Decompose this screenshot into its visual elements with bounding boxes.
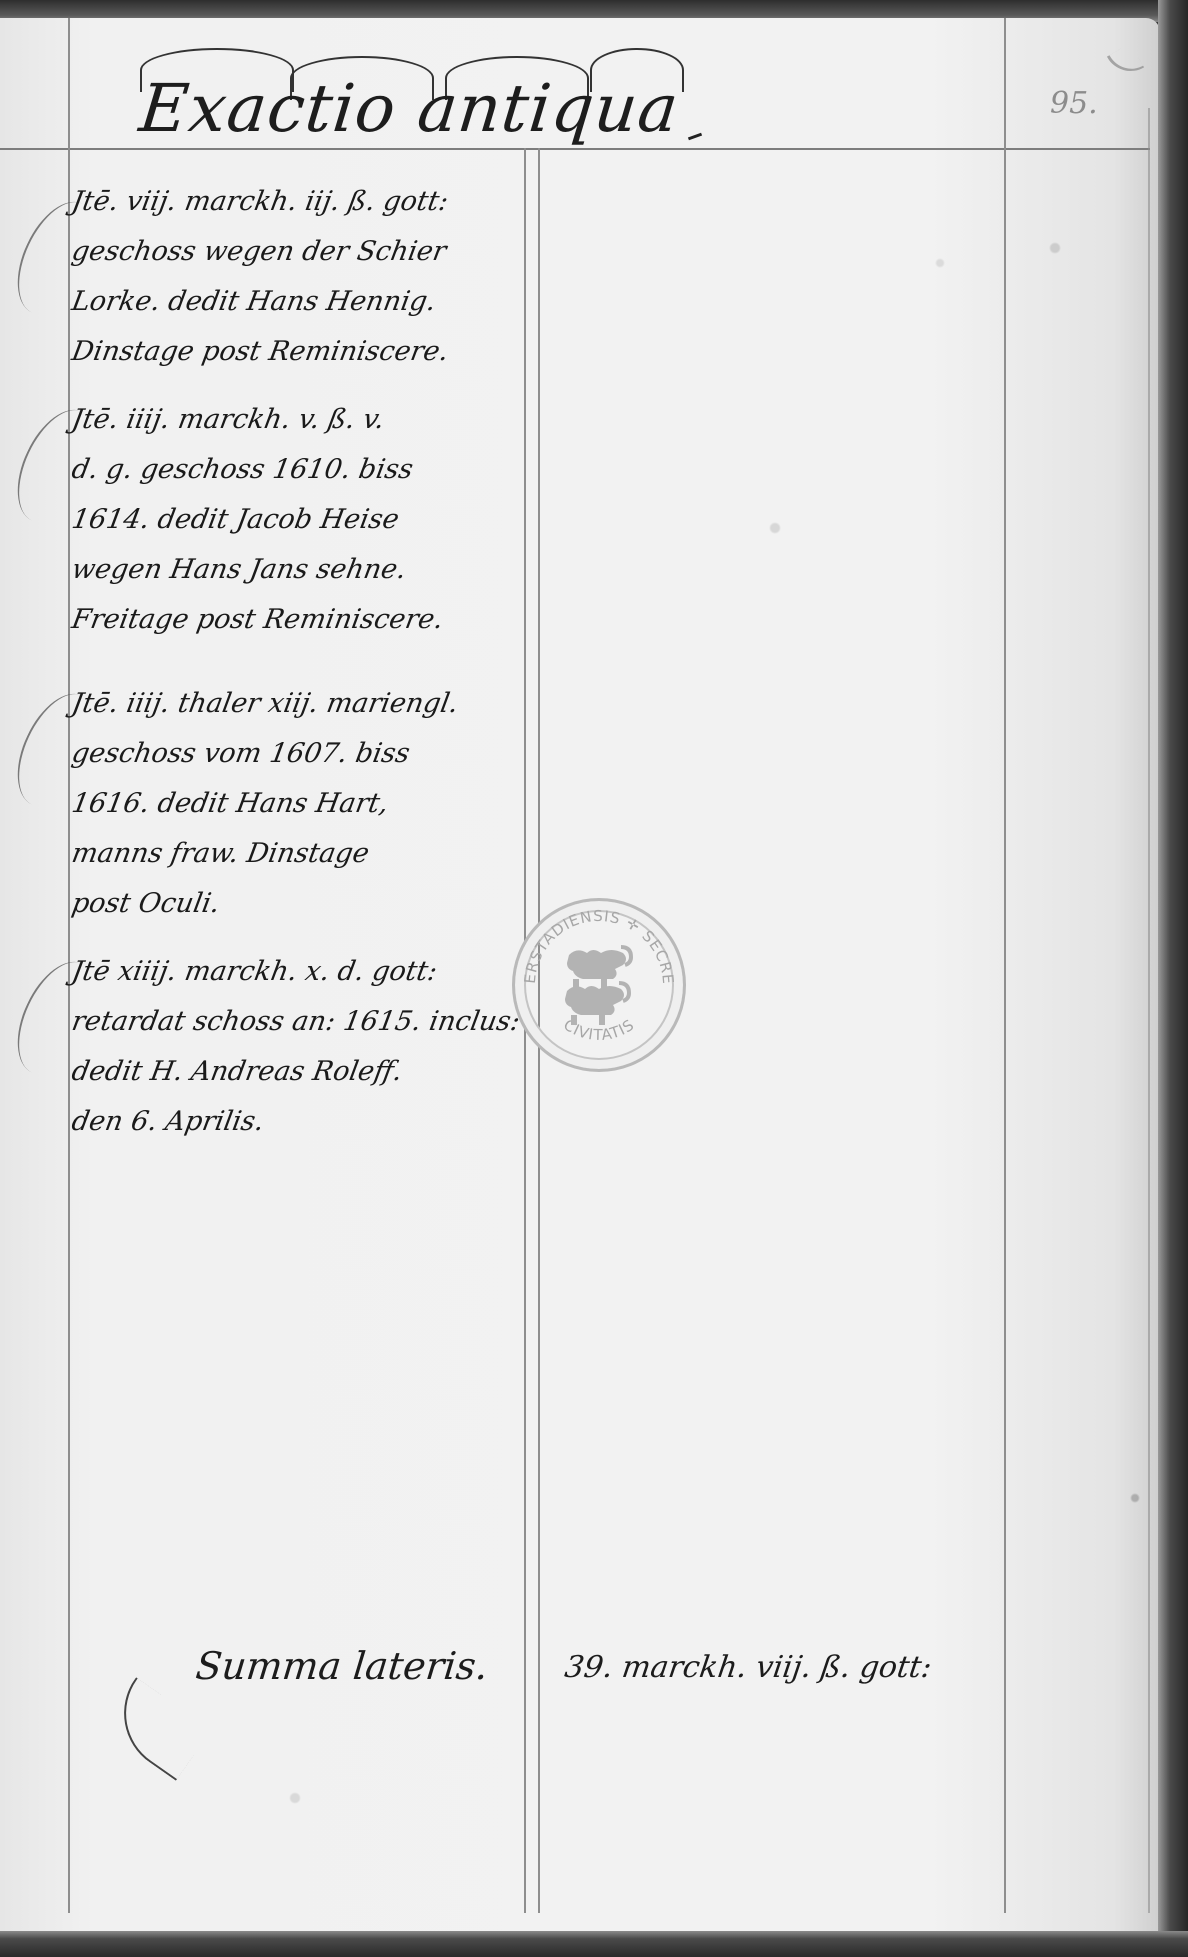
page-number: 95. [1050,86,1098,121]
page-title: Exactio antiqua [136,70,683,147]
summa-lateris-label: Summa lateris. [194,1644,490,1688]
right-margin-rule [1148,108,1150,1913]
manuscript-page: Exactio antiqua 95. Jtē. viij. marckh. i… [0,18,1160,1933]
header-rule [0,148,1150,150]
book-binding-right [1158,0,1188,1957]
book-binding-bottom [0,1931,1188,1957]
corner-pencil-mark [1107,43,1144,81]
amount-column-rule [1004,18,1006,1913]
lion-emblem-icon [559,941,639,1029]
summa-lateris-total: 39. marckh. viij. ß. gott: [563,1650,934,1685]
summa-flourish-icon [101,1677,212,1781]
title-terminal-stroke [688,133,702,141]
city-seal-stamp: DUDERSTADIENSIS ✛ SECRETUM CIVITATIS [512,898,686,1072]
